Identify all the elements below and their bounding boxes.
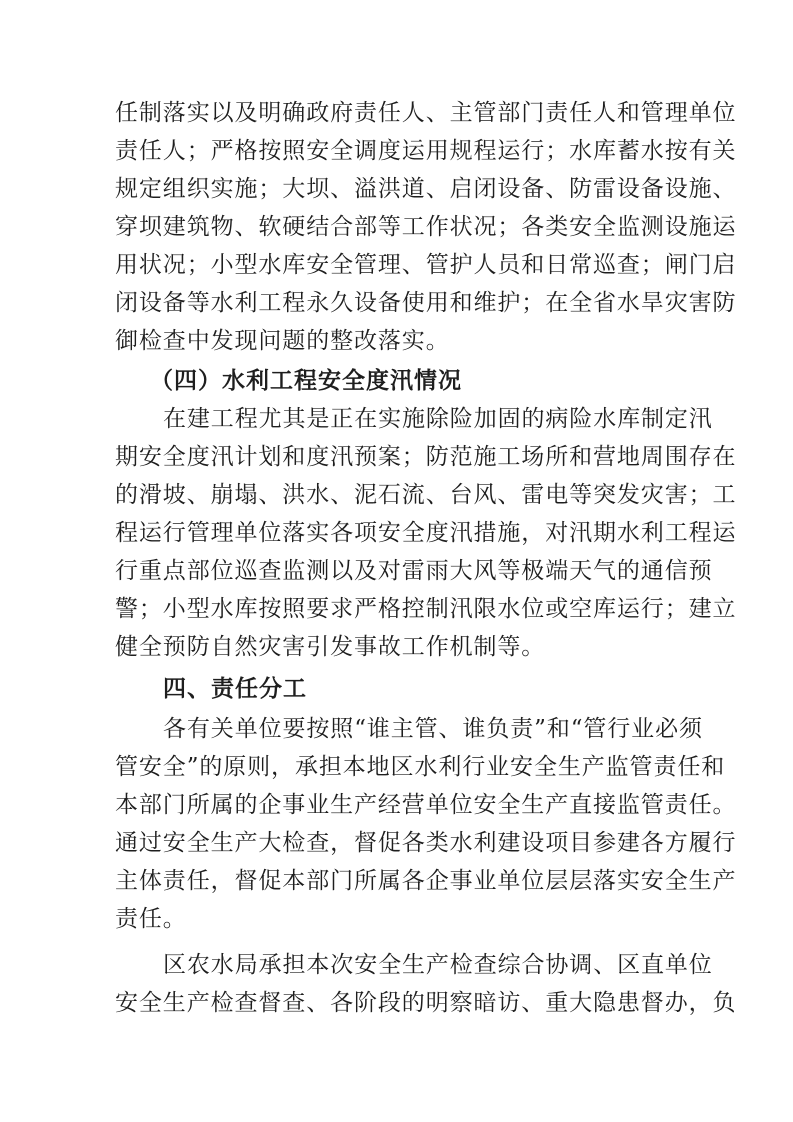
text-line: 闭设备等水利工程永久设备使用和维护；在全省水旱灾害防 (115, 284, 667, 322)
text-line: 规定组织实施；大坝、溢洪道、启闭设备、防雷设备设施、 (115, 170, 667, 208)
text-line: 御检查中发现问题的整改落实。 (115, 322, 667, 360)
text-line: 任制落实以及明确政府责任人、主管部门责任人和管理单位 (115, 94, 667, 132)
text-line: 管安全”的原则，承担本地区水利行业安全生产监管责任和 (115, 748, 667, 786)
text-line: 健全预防自然灾害引发事故工作机制等。 (115, 628, 667, 666)
text-line: 责任人；严格按照安全调度运用规程运行；水库蓄水按有关 (115, 132, 667, 170)
text-line: 安全生产检查督查、各阶段的明察暗访、重大隐患督办，负 (115, 984, 667, 1022)
text-line: 警；小型水库按照要求严格控制汛限水位或空库运行；建立 (115, 590, 667, 628)
text-line: 行重点部位巡查监测以及对雷雨大风等极端天气的通信预 (115, 552, 667, 590)
text-line: 责任。 (115, 900, 667, 938)
text-line: 本部门所属的企事业生产经营单位安全生产直接监管责任。 (115, 786, 667, 824)
text-line: 各有关单位要按照“谁主管、谁负责”和“管行业必须 (163, 710, 667, 748)
document-page: 任制落实以及明确政府责任人、主管部门责任人和管理单位 责任人；严格按照安全调度运… (0, 0, 793, 1122)
text-line: 区农水局承担本次安全生产检查综合协调、区直单位 (163, 946, 667, 984)
text-line: 期安全度汛计划和度汛预案；防范施工场所和营地周围存在 (115, 438, 667, 476)
text-line: 主体责任，督促本部门所属各企事业单位层层落实安全生产 (115, 862, 667, 900)
text-line: 用状况；小型水库安全管理、管护人员和日常巡查；闸门启 (115, 246, 667, 284)
text-line: 通过安全生产大检查，督促各类水利建设项目参建各方履行 (115, 824, 667, 862)
text-line: 穿坝建筑物、软硬结合部等工作状况；各类安全监测设施运 (115, 208, 667, 246)
section-heading: 四、责任分工 (163, 670, 667, 708)
text-line: 程运行管理单位落实各项安全度汛措施，对汛期水利工程运 (115, 514, 667, 552)
subsection-heading: （四）水利工程安全度汛情况 (150, 362, 670, 400)
text-line: 在建工程尤其是正在实施除险加固的病险水库制定汛 (163, 400, 667, 438)
text-line: 的滑坡、崩塌、洪水、泥石流、台风、雷电等突发灾害；工 (115, 476, 667, 514)
